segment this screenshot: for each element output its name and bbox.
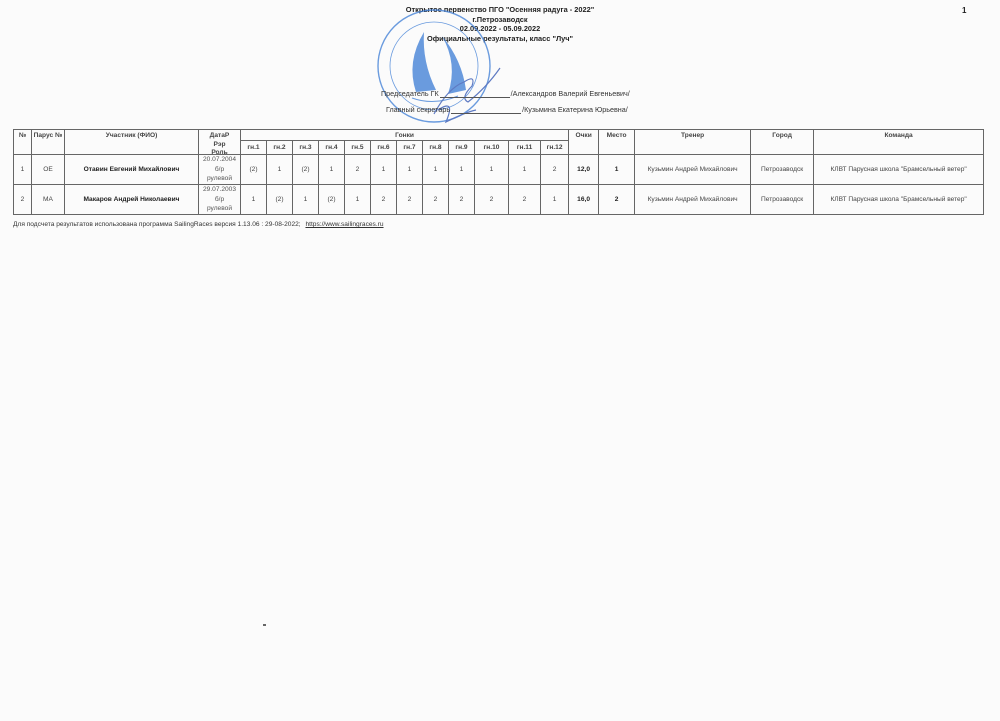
chairman-label: Председатель ГК: [381, 89, 439, 98]
table-row: 1OEОтавин Евгений Михайлович20.07.2004б/…: [14, 155, 984, 185]
cell-sail: OE: [32, 155, 65, 185]
col-race-7: гн.7: [397, 141, 423, 155]
col-race-1: гн.1: [241, 141, 267, 155]
cell-coach: Кузьмин Андрей Михайлович: [635, 155, 751, 185]
sailingraces-link[interactable]: https://www.sailingraces.ru: [305, 221, 383, 228]
col-team: Команда: [814, 130, 984, 155]
col-race-12: гн.12: [541, 141, 569, 155]
dob-rank: б/р: [199, 195, 240, 205]
col-race-8: гн.8: [423, 141, 449, 155]
col-participant: Участник (ФИО): [65, 130, 199, 155]
cell-race-12: 2: [541, 155, 569, 185]
cell-race-6: 2: [371, 185, 397, 215]
cell-race-11: 2: [509, 185, 541, 215]
cell-race-8: 1: [423, 155, 449, 185]
col-race-10: гн.10: [475, 141, 509, 155]
cell-race-10: 2: [475, 185, 509, 215]
cell-race-2: (2): [267, 185, 293, 215]
footer-text: Для подсчета результатов использована пр…: [13, 221, 301, 228]
cell-participant: Отавин Евгений Михайлович: [65, 155, 199, 185]
scan-speck: [263, 624, 266, 626]
col-race-3: гн.3: [293, 141, 319, 155]
cell-race-9: 2: [449, 185, 475, 215]
cell-sail: MA: [32, 185, 65, 215]
col-race-6: гн.6: [371, 141, 397, 155]
cell-team: КЛВТ Парусная школа "Брамсельный ветер": [814, 185, 984, 215]
dob-head-line: ДатаР: [199, 132, 240, 141]
col-race-11: гн.11: [509, 141, 541, 155]
cell-race-1: (2): [241, 155, 267, 185]
cell-race-10: 1: [475, 155, 509, 185]
cell-team: КЛВТ Парусная школа "Брамсельный ветер": [814, 155, 984, 185]
results-subtitle: Официальные результаты, класс "Луч": [0, 34, 1000, 44]
cell-race-6: 1: [371, 155, 397, 185]
cell-dob: 20.07.2004б/ррулевой: [199, 155, 241, 185]
cell-race-2: 1: [267, 155, 293, 185]
chairman-signature-line: Председатель ГК/Александров Валерий Евге…: [381, 89, 630, 98]
dob-role: рулевой: [199, 204, 240, 214]
dob-dob: 20.07.2004: [199, 155, 240, 165]
competition-dates: 02.09.2022 - 05.09.2022: [0, 24, 1000, 34]
cell-participant: Макаров Андрей Николаевич: [65, 185, 199, 215]
cell-place: 1: [599, 155, 635, 185]
competition-title: Открытое первенство ПГО "Осенняя радуга …: [0, 5, 1000, 15]
table-row: 2MAМакаров Андрей Николаевич29.07.2003б/…: [14, 185, 984, 215]
col-num: №: [14, 130, 32, 155]
footer-note: Для подсчета результатов использована пр…: [13, 221, 384, 228]
document-header: Открытое первенство ПГО "Осенняя радуга …: [0, 5, 1000, 43]
cell-num: 2: [14, 185, 32, 215]
col-races: Гонки: [241, 130, 569, 141]
col-city: Город: [751, 130, 814, 155]
results-table: № Парус № Участник (ФИО) ДатаР Рэр Роль …: [13, 129, 984, 215]
dob-head-line: Рэр: [199, 141, 240, 150]
secretary-label: Главный секретарь: [386, 105, 450, 114]
col-race-4: гн.4: [319, 141, 345, 155]
cell-dob: 29.07.2003б/ррулевой: [199, 185, 241, 215]
signature-blank: [440, 89, 510, 98]
dob-rank: б/р: [199, 165, 240, 175]
cell-city: Петрозаводск: [751, 155, 814, 185]
cell-race-1: 1: [241, 185, 267, 215]
cell-race-5: 2: [345, 155, 371, 185]
col-place: Место: [599, 130, 635, 155]
cell-race-5: 1: [345, 185, 371, 215]
col-race-2: гн.2: [267, 141, 293, 155]
signature-blank: [451, 105, 521, 114]
col-coach: Тренер: [635, 130, 751, 155]
cell-race-3: 1: [293, 185, 319, 215]
cell-race-9: 1: [449, 155, 475, 185]
cell-points: 16,0: [569, 185, 599, 215]
cell-race-8: 2: [423, 185, 449, 215]
col-points: Очки: [569, 130, 599, 155]
cell-race-11: 1: [509, 155, 541, 185]
cell-race-3: (2): [293, 155, 319, 185]
cell-place: 2: [599, 185, 635, 215]
cell-num: 1: [14, 155, 32, 185]
col-race-9: гн.9: [449, 141, 475, 155]
cell-city: Петрозаводск: [751, 185, 814, 215]
cell-race-7: 2: [397, 185, 423, 215]
cell-points: 12,0: [569, 155, 599, 185]
cell-race-12: 1: [541, 185, 569, 215]
secretary-name: /Кузьмина Екатерина Юрьевна/: [522, 105, 628, 114]
cell-race-4: 1: [319, 155, 345, 185]
col-dob: ДатаР Рэр Роль: [199, 130, 241, 155]
competition-city: г.Петрозаводск: [0, 15, 1000, 25]
col-sail: Парус №: [32, 130, 65, 155]
dob-dob: 29.07.2003: [199, 185, 240, 195]
cell-race-4: (2): [319, 185, 345, 215]
cell-race-7: 1: [397, 155, 423, 185]
col-race-5: гн.5: [345, 141, 371, 155]
cell-coach: Кузьмин Андрей Михайлович: [635, 185, 751, 215]
secretary-signature-line: Главный секретарь/Кузьмина Екатерина Юрь…: [386, 105, 628, 114]
dob-head-line: Роль: [199, 149, 240, 154]
dob-role: рулевой: [199, 174, 240, 184]
chairman-name: /Александров Валерий Евгеньевич/: [511, 89, 630, 98]
